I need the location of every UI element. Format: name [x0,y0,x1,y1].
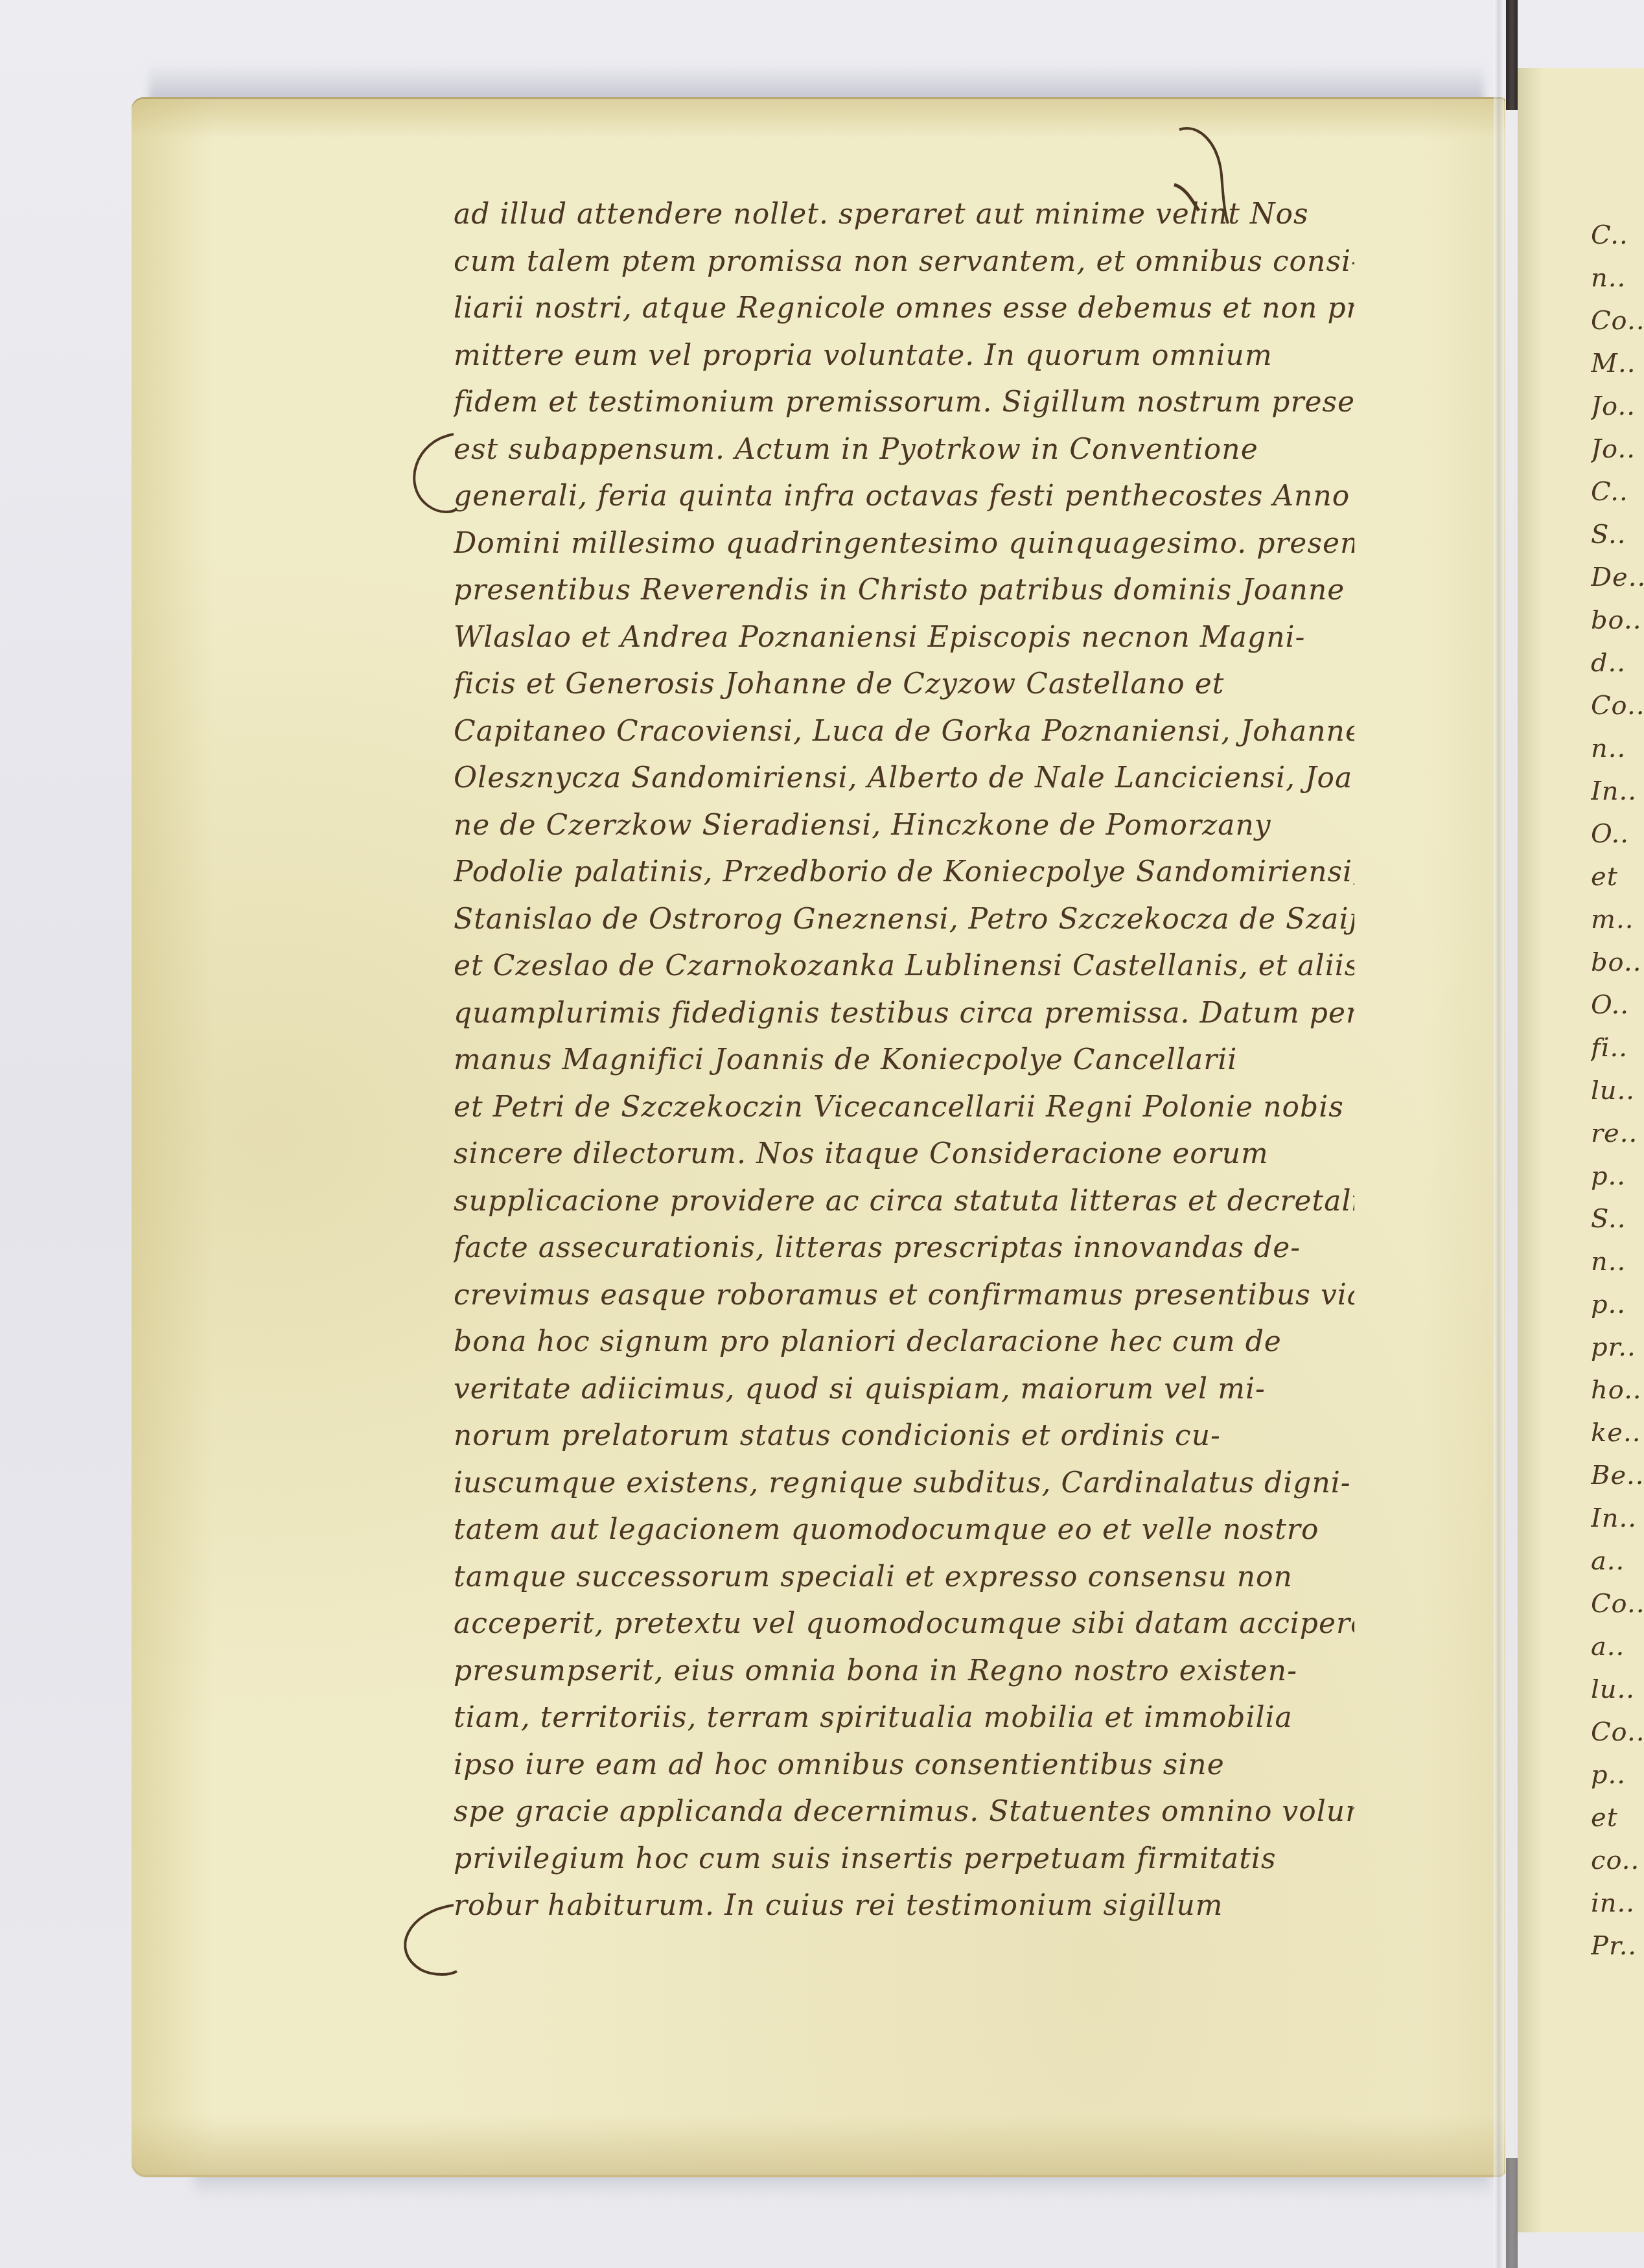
text-line: ad illud attendere nollet. speraret aut … [454,191,1354,238]
fragment-line: co.. [1591,1839,1644,1882]
text-line: fidem et testimonium premissorum. Sigill… [454,379,1354,426]
fragment-line: a.. [1591,1625,1644,1668]
fragment-line: O.. [1591,984,1644,1026]
text-line: ipso iure eam ad hoc omnibus consentient… [454,1742,1354,1789]
fragment-line: M.. [1591,342,1644,385]
fragment-line: De.. [1591,556,1644,599]
fragment-line: d.. [1591,642,1644,684]
text-line: privilegium hoc cum suis insertis perpet… [454,1836,1354,1883]
fragment-line: ho.. [1591,1369,1644,1411]
margin-flourish-icon [389,1899,460,1989]
spine-glass-edge [1494,0,1504,2268]
fragment-line: C.. [1591,214,1644,257]
fragment-line: et [1591,855,1644,898]
text-line: tiam, territoriis, terram spiritualia mo… [454,1695,1354,1742]
text-line: Domini millesimo quadringentesimo quinqu… [454,520,1354,568]
fragment-line: n.. [1591,257,1644,299]
fragment-line: n.. [1591,1240,1644,1283]
fragment-line: bo.. [1591,941,1644,984]
text-line: et Czeslao de Czarnokozanka Lublinensi C… [454,943,1354,990]
manuscript-text-block: ad illud attendere nollet. speraret aut … [454,191,1354,1930]
text-line: facte assecurationis, litteras prescript… [454,1225,1354,1272]
text-line: iuscumque existens, regnique subditus, C… [454,1460,1354,1507]
text-line: ficis et Generosis Johanne de Czyzow Cas… [454,661,1354,708]
text-line: presentibus Reverendis in Christo patrib… [454,567,1354,614]
fragment-line: p.. [1591,1283,1644,1326]
text-line: bona hoc signum pro planiori declaracion… [454,1319,1354,1366]
fragment-line: In.. [1591,770,1644,813]
text-line: mittere eum vel propria voluntate. In qu… [454,332,1354,380]
text-line: Wlaslao et Andrea Poznaniensi Episcopis … [454,614,1354,662]
fragment-line: In.. [1591,1497,1644,1540]
margin-flourish-icon [402,428,460,525]
text-line: norum prelatorum status condicionis et o… [454,1413,1354,1460]
fragment-line: C.. [1591,470,1644,513]
text-line: presumpserit, eius omnia bona in Regno n… [454,1648,1354,1695]
fragment-line: Co.. [1591,1711,1644,1753]
fragment-line: Jo.. [1591,385,1644,428]
fragment-line: O.. [1591,813,1644,855]
text-line: Olesznycza Sandomiriensi, Alberto de Nal… [454,755,1354,802]
text-line: tatem aut legacionem quomodocumque eo et… [454,1507,1354,1554]
fragment-line: m.. [1591,898,1644,941]
fragment-line: bo.. [1591,599,1644,642]
text-line: et Petri de Szczekoczin Vicecancellarii … [454,1084,1354,1131]
fragment-line: n.. [1591,727,1644,770]
text-line: crevimus easque roboramus et confirmamus… [454,1272,1354,1319]
fragment-line: et [1591,1796,1644,1839]
text-line: tamque successorum speciali et expresso … [454,1554,1354,1601]
fragment-line: Co.. [1591,299,1644,342]
fragment-line: lu.. [1591,1069,1644,1112]
fragment-line: in.. [1591,1882,1644,1925]
text-line: veritate adiicimus, quod si quispiam, ma… [454,1366,1354,1413]
fragment-line: a.. [1591,1540,1644,1582]
text-line: Capitaneo Cracoviensi, Luca de Gorka Poz… [454,708,1354,756]
fragment-line: Co.. [1591,1582,1644,1625]
text-line: est subappensum. Actum in Pyotrkow in Co… [454,426,1354,474]
fragment-line: ke.. [1591,1411,1644,1454]
text-line: liarii nostri, atque Regnicole omnes ess… [454,285,1354,332]
fragment-line: pr.. [1591,1326,1644,1369]
fragment-line: fi.. [1591,1026,1644,1069]
text-line: spe gracie applicanda decernimus. Statue… [454,1788,1354,1836]
text-line: ne de Czerzkow Sieradiensi, Hinczkone de… [454,802,1354,850]
fragment-line: p.. [1591,1753,1644,1796]
fragment-line: Co.. [1591,684,1644,727]
fragment-line: re.. [1591,1112,1644,1155]
fragment-line: Pr.. [1591,1925,1644,1967]
text-line: manus Magnifici Joannis de Koniecpolye C… [454,1037,1354,1084]
fragment-line: p.. [1591,1155,1644,1198]
text-line: acceperit, pretextu vel quomodocumque si… [454,1601,1354,1648]
text-line: cum talem ptem promissa non servantem, e… [454,238,1354,286]
fragment-line: Be.. [1591,1454,1644,1497]
fragment-line: S.. [1591,1198,1644,1240]
fragment-line: Jo.. [1591,428,1644,470]
text-line: Stanislao de Ostrorog Gneznensi, Petro S… [454,896,1354,943]
text-line: supplicacione providere ac circa statuta… [454,1178,1354,1225]
fragment-line: lu.. [1591,1668,1644,1711]
right-page-text-fragments: C.. n.. Co.. M.. Jo.. Jo.. C.. S.. De.. … [1591,214,1644,1967]
spine-bar-lower [1506,2158,1518,2268]
spine-bar [1506,0,1518,110]
text-line: robur habiturum. In cuius rei testimoniu… [454,1882,1354,1930]
text-line: generali, feria quinta infra octavas fes… [454,473,1354,520]
text-line: Podolie palatinis, Przedborio de Koniecp… [454,849,1354,896]
text-line: sincere dilectorum. Nos itaque Considera… [454,1131,1354,1178]
fragment-line: S.. [1591,513,1644,556]
text-line: quamplurimis fidedignis testibus circa p… [454,990,1354,1037]
